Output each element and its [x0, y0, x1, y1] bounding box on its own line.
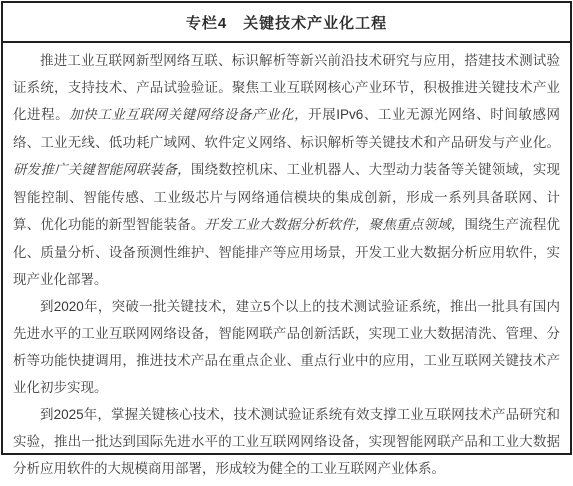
body-text: 到2025年，掌握关键核心技术，技术测试验证系统有效支撑工业互联网技术产品研究和…	[13, 407, 560, 476]
body-text: 到2020年，突破一批关键技术，建立5个以上的技术测试验证系统，推出一批具有国内…	[13, 299, 560, 395]
column-box: 专栏4 关键技术产业化工程 推进工业互联网新型网络互联、标识解析等新兴前沿技术研…	[1, 1, 572, 455]
column-body: 推进工业互联网新型网络互联、标识解析等新兴前沿技术研究与应用，搭建技术测试验证系…	[3, 43, 570, 486]
emphasis-text: 开发工业大数据分析软件，聚焦重点领域，	[205, 217, 465, 233]
paragraph: 到2020年，突破一批关键技术，建立5个以上的技术测试验证系统，推出一批具有国内…	[13, 293, 560, 401]
emphasis-text: 研发推广关键智能网联装备，	[13, 162, 191, 178]
column-title: 专栏4 关键技术产业化工程	[3, 3, 570, 43]
paragraph: 到2025年，掌握关键核心技术，技术测试验证系统有效支撑工业互联网技术产品研究和…	[13, 401, 560, 482]
paragraph: 推进工业互联网新型网络互联、标识解析等新兴前沿技术研究与应用，搭建技术测试验证系…	[13, 47, 560, 293]
emphasis-text: 加快工业互联网关键网络设备产业化，	[69, 107, 308, 123]
